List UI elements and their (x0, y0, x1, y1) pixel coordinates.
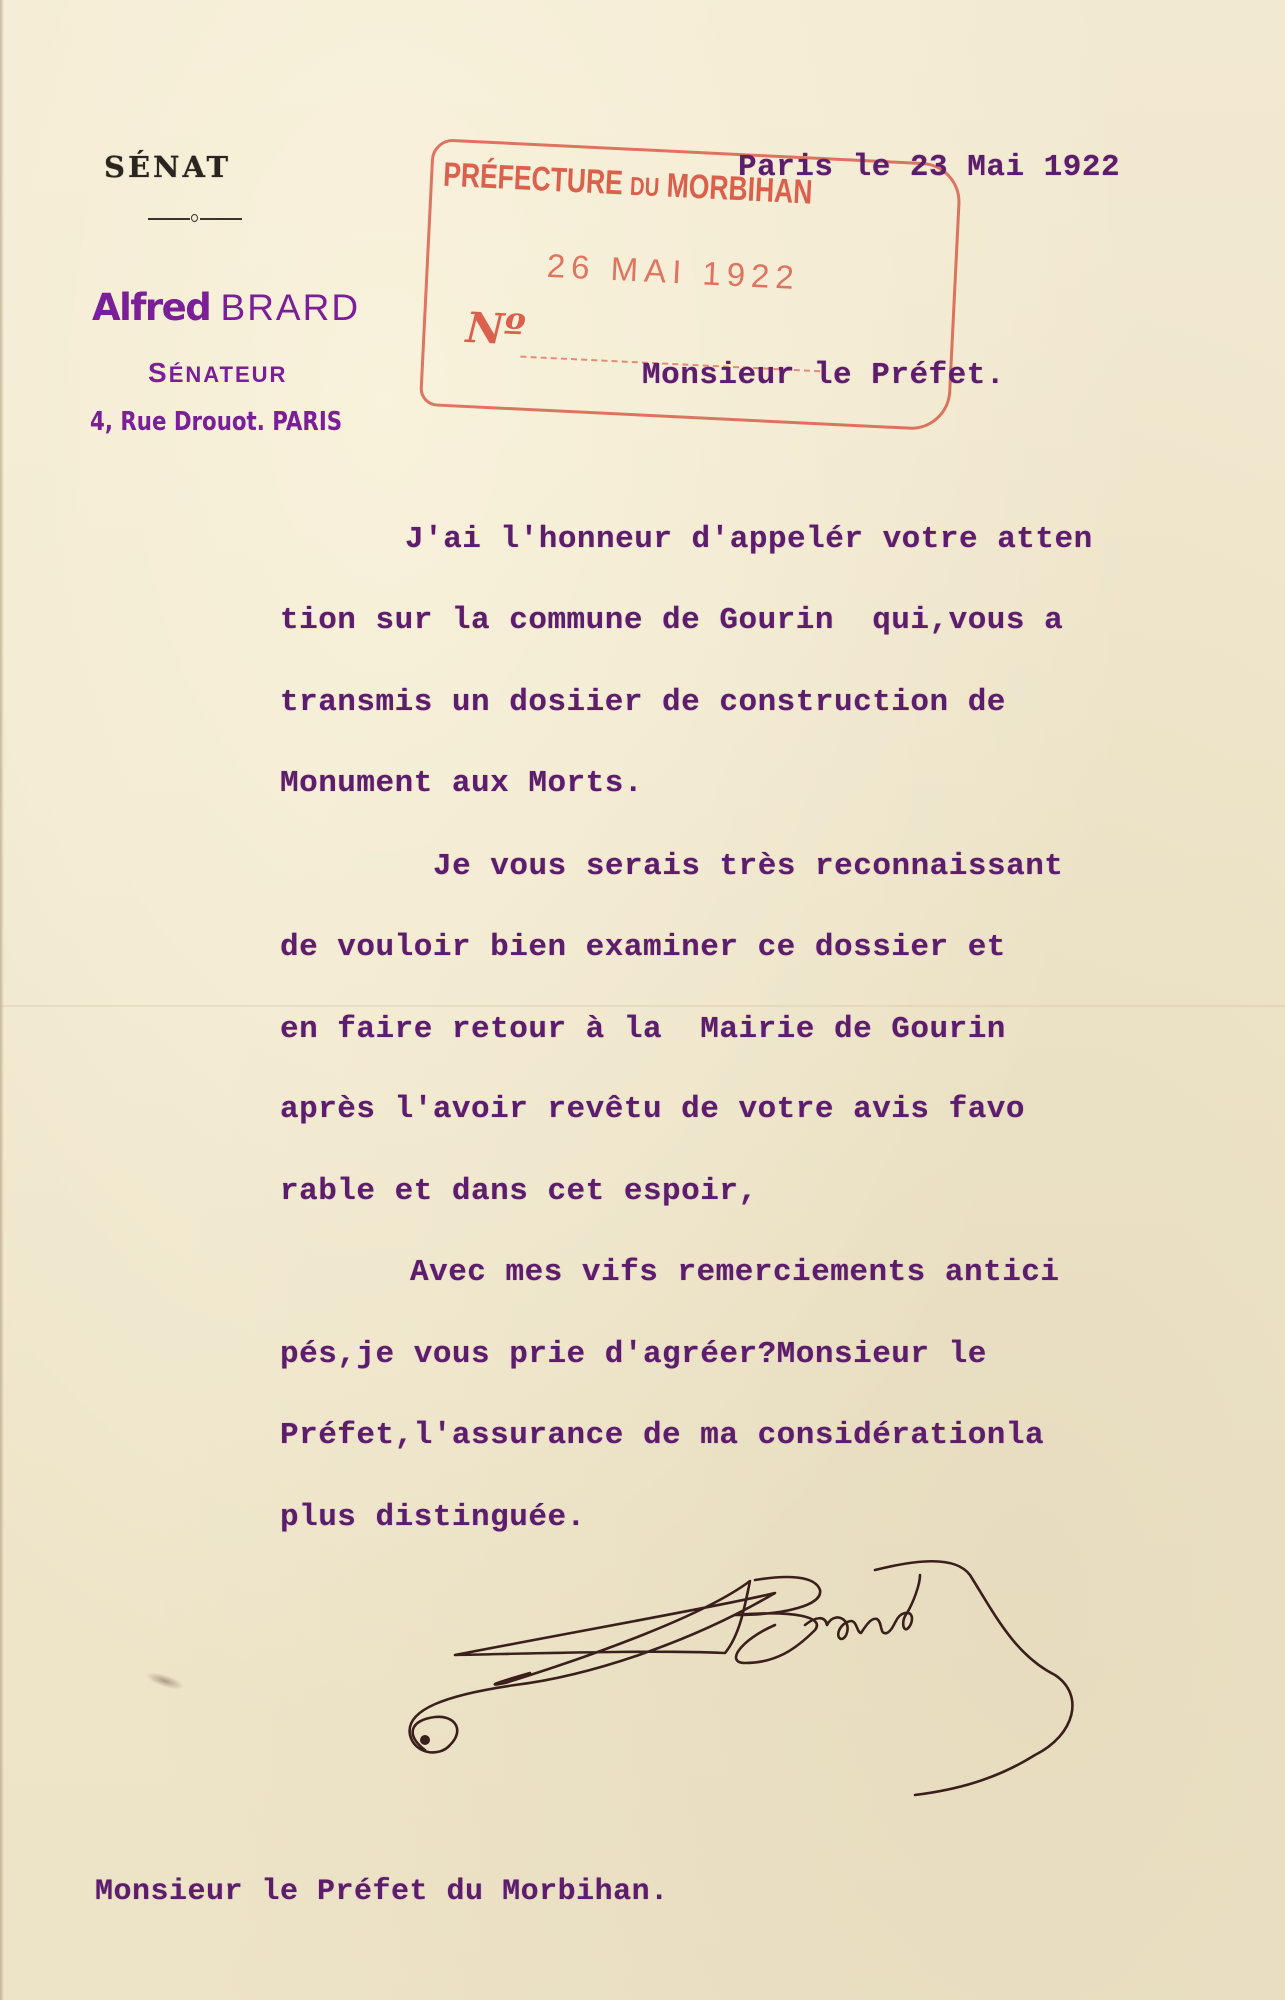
body-line: transmis un dosiier de construction de (280, 685, 1006, 720)
salutation: Monsieur le Préfet. (642, 358, 1005, 393)
sender-title-rest: ÉNATEUR (169, 362, 288, 387)
body-line: Avec mes vifs remerciements antici (410, 1255, 1060, 1290)
body-line: en faire retour à la Mairie de Gourin (280, 1012, 1006, 1047)
sender-last-name: BRARD (221, 287, 361, 328)
sender-address: 4, Rue Drouot. PARIS (90, 407, 342, 437)
body-line: pés,je vous prie d'agréer?Monsieur le (280, 1337, 987, 1372)
stamp-header-du: DU (629, 171, 660, 202)
sender-name: Alfred BRARD (92, 286, 360, 329)
body-line: J'ai l'honneur d'appelér votre atten (405, 522, 1093, 557)
body-line: après l'avoir revêtu de votre avis favo (280, 1092, 1025, 1127)
ornament-line-left (148, 218, 190, 220)
letterhead-ornament (148, 214, 242, 224)
stamp-number-label: Nº (465, 303, 527, 355)
stamp-date: 26 MAI 1922 (546, 247, 801, 297)
sender-title: SÉNATEUR (148, 357, 287, 389)
letter-date: Paris le 23 Mai 1922 (738, 150, 1120, 185)
body-line: de vouloir bien examiner ce dossier et (280, 930, 1006, 965)
ornament-line-right (200, 218, 242, 220)
sender-first-name: Alfred (92, 286, 210, 329)
recipient-line: Monsieur le Préfet du Morbihan. (95, 1875, 669, 1909)
body-line: Préfet,l'assurance de ma considérationla (280, 1418, 1044, 1453)
body-line: rable et dans cet espoir, (280, 1174, 758, 1209)
paper-edge (0, 0, 4, 2000)
body-line: plus distinguée. (280, 1500, 586, 1535)
signature-ink-blot (420, 1735, 430, 1745)
body-line: tion sur la commune de Gourin qui,vous a (280, 603, 1063, 638)
ornament-dot (191, 214, 198, 222)
letterhead-institution: SÉNAT (104, 150, 231, 184)
body-line: Monument aux Morts. (280, 766, 643, 801)
stamp-header-prefecture: PRÉFECTURE (442, 156, 623, 203)
handwritten-signature (395, 1545, 1245, 1805)
sender-title-initial: S (148, 357, 169, 388)
paper-fold (0, 1005, 1285, 1007)
body-line: Je vous serais très reconnaissant (433, 849, 1063, 884)
